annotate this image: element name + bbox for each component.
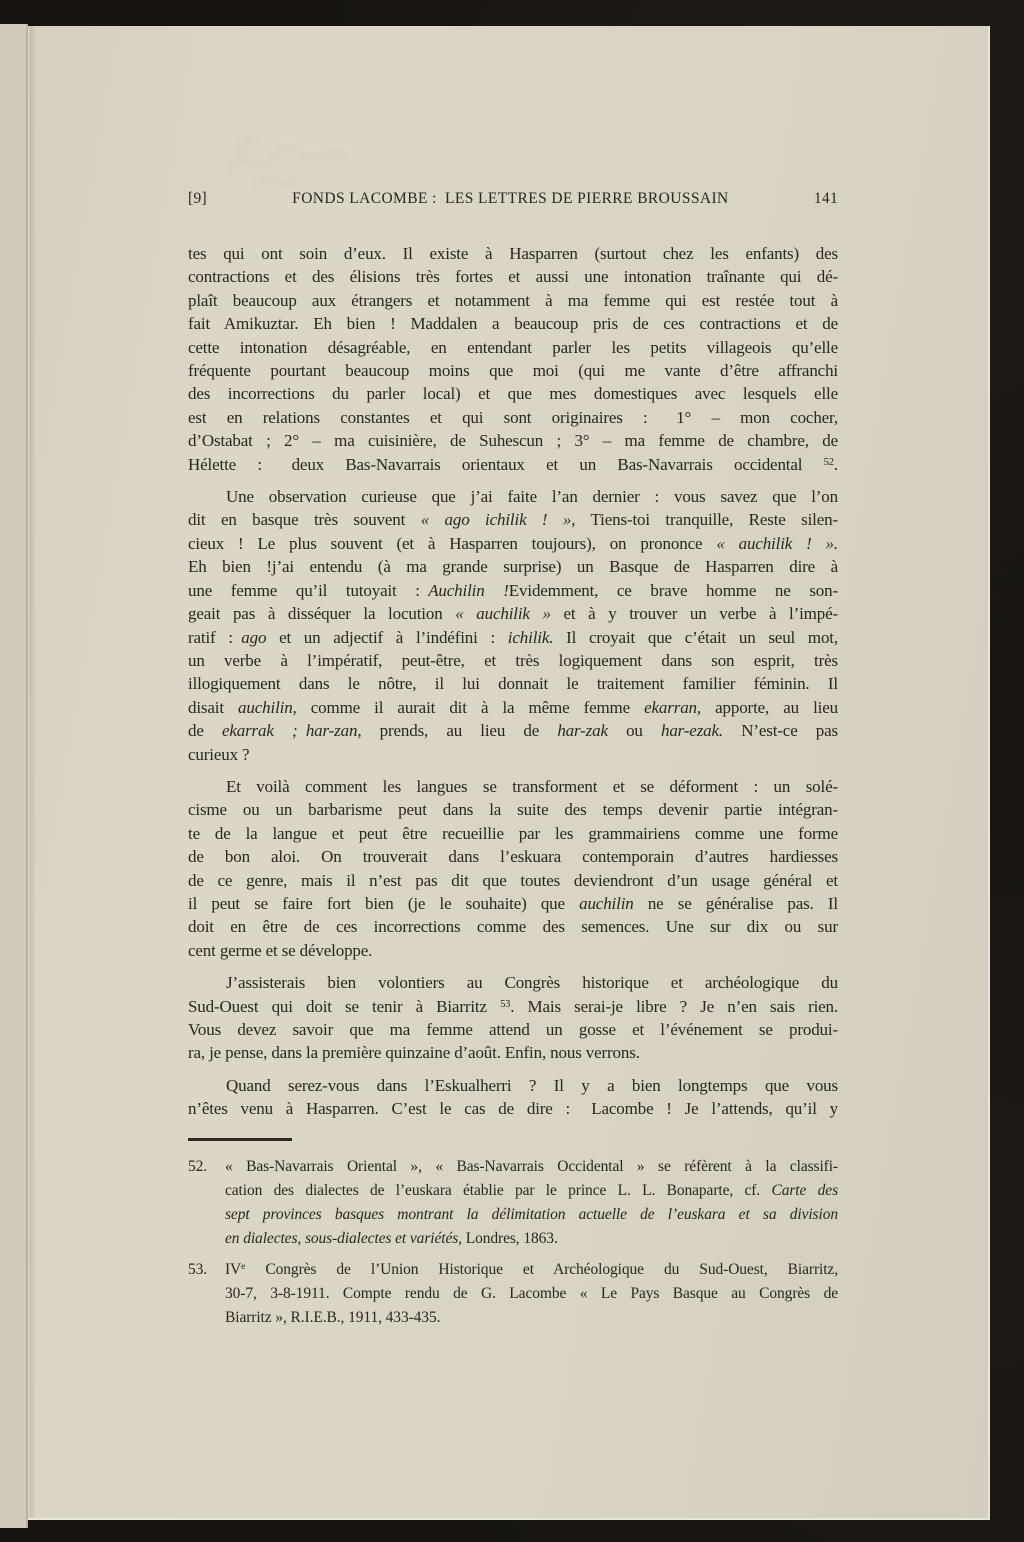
text-run: tes qui ont soin d’eux. Il existe à Hasp… <box>188 244 838 263</box>
text-line: des incorrections du parler local) et qu… <box>188 382 838 405</box>
text-run: ratif : <box>188 628 241 647</box>
underlying-page-edge <box>0 24 28 1528</box>
text-run: J’assisterais bien volontiers au Congrès… <box>226 973 838 992</box>
text-run: des incorrections du parler local) et qu… <box>188 384 838 403</box>
text-line: cieux ! Le plus souvent (et à Hasparren … <box>188 532 838 555</box>
text-run: fait Amikuztar. Eh bien ! Maddalen a bea… <box>188 314 838 333</box>
italic-run: sept provinces basques montrant la délim… <box>225 1206 838 1223</box>
running-header: [9] FONDS LACOMBE : LES LETTRES DE PIERR… <box>188 189 838 209</box>
text-run: Hélette : deux Bas-Navarrais orientaux e… <box>188 455 824 474</box>
text-line: cation des dialectes de l’euskara établi… <box>225 1179 838 1203</box>
paragraph: Quand serez-vous dans l’Eskualherri ? Il… <box>188 1074 838 1121</box>
paragraph: Et voilà comment les langues se transfor… <box>188 775 838 962</box>
text-line: doit en être de ces incorrections comme … <box>188 915 838 938</box>
italic-run: auchilin <box>579 894 634 913</box>
text-run: Congrès de l’Union Historique et Archéol… <box>245 1261 838 1278</box>
text-run: . Mais serai-je libre ? Je n’en sais rie… <box>510 997 838 1016</box>
text-run: apporte, au lieu <box>701 698 838 717</box>
text-line: de ce genre, mais il n’est pas dit que t… <box>188 869 838 892</box>
footnote-number: 53. <box>188 1258 207 1282</box>
page-content: [9] FONDS LACOMBE : LES LETTRES DE PIERR… <box>188 189 838 1330</box>
text-run: de ce genre, mais il n’est pas dit que t… <box>188 871 838 890</box>
text-line: contractions et des élisions très fortes… <box>188 265 838 288</box>
text-run: dit en basque très souvent <box>188 510 421 529</box>
text-line: ra, je pense, dans la première quinzaine… <box>188 1041 838 1064</box>
body-text: tes qui ont soin d’eux. Il existe à Hasp… <box>188 242 838 1121</box>
text-run: cette intonation désagréable, en entenda… <box>188 338 838 357</box>
text-run: et un adjectif à l’indéfini : <box>266 628 507 647</box>
text-line: disait auchilin, comme il aurait dit à l… <box>188 696 838 719</box>
text-line: de ekarrak ; har-zan, prends, au lieu de… <box>188 719 838 742</box>
text-run: Vous devez savoir que ma femme attend un… <box>188 1020 838 1039</box>
italic-run: ekarran, <box>644 698 701 717</box>
text-run: geait pas à disséquer la locution <box>188 604 455 623</box>
text-run: est en relations constantes et qui sont … <box>188 408 838 427</box>
superscript-ref: e <box>241 1261 245 1272</box>
text-run: Evidemment, ce brave homme ne son- <box>509 581 838 600</box>
text-line: est en relations constantes et qui sont … <box>188 406 838 429</box>
text-run: doit en être de ces incorrections comme … <box>188 917 838 936</box>
italic-run: « auchilik » <box>455 604 551 623</box>
text-line: Hélette : deux Bas-Navarrais orientaux e… <box>188 453 838 476</box>
text-line: en dialectes, sous-dialectes et variétés… <box>225 1227 838 1251</box>
text-line: plaît beaucoup aux étrangers et notammen… <box>188 289 838 312</box>
superscript-ref: 52 <box>824 457 834 468</box>
text-line: cent germe et se développe. <box>188 939 838 962</box>
text-line: fait Amikuztar. Eh bien ! Maddalen a bea… <box>188 312 838 335</box>
italic-run: ichilik. <box>508 628 554 647</box>
text-line: Et voilà comment les langues se transfor… <box>188 775 838 798</box>
text-line: une femme qu’il tutoyait : Auchilin !Evi… <box>188 579 838 602</box>
text-run: prends, au lieu de <box>361 721 557 740</box>
footnote-number: 52. <box>188 1155 207 1179</box>
text-run: Une observation curieuse que j’ai faite … <box>226 487 838 506</box>
text-run: 30-7, 3-8-1911. Compte rendu de G. Lacom… <box>225 1285 838 1302</box>
italic-run: « auchilik ! ». <box>716 534 838 553</box>
italic-run: ekarrak ; har-zan, <box>222 721 361 740</box>
footnote-separator <box>188 1138 292 1141</box>
paragraph: Une observation curieuse que j’ai faite … <box>188 485 838 766</box>
text-run: cisme ou un barbarisme peut dans la suit… <box>188 800 838 819</box>
text-run: et à y trouver un verbe à l’impé- <box>551 604 838 623</box>
text-run: ou <box>608 721 661 740</box>
text-line: te de la langue et peut être recueillie … <box>188 822 838 845</box>
italic-run: en dialectes, sous-dialectes et variétés… <box>225 1230 462 1247</box>
text-run: contractions et des élisions très fortes… <box>188 267 838 286</box>
italic-run: Carte des <box>771 1182 838 1199</box>
paragraph: J’assisterais bien volontiers au Congrès… <box>188 971 838 1065</box>
superscript-ref: 53 <box>500 999 510 1010</box>
text-line: ratif : ago et un adjectif à l’indéfini … <box>188 626 838 649</box>
text-run: plaît beaucoup aux étrangers et notammen… <box>188 291 838 310</box>
text-line: J’assisterais bien volontiers au Congrès… <box>188 971 838 994</box>
text-run: ra, je pense, dans la première quinzaine… <box>188 1043 640 1062</box>
text-run: ne se généralise pas. Il <box>634 894 838 913</box>
text-run: IV <box>225 1261 241 1278</box>
text-run: cation des dialectes de l’euskara établi… <box>225 1182 771 1199</box>
text-run: Il croyait que c’était un seul mot, <box>553 628 838 647</box>
text-line: Eh bien !j’ai entendu (à ma grande surpr… <box>188 555 838 578</box>
book-page: [9] FONDS LACOMBE : LES LETTRES DE PIERR… <box>28 26 990 1520</box>
text-run: une femme qu’il tutoyait : <box>188 581 428 600</box>
text-run: de <box>188 721 222 740</box>
text-line: Sud-Ouest qui doit se tenir à Biarritz 5… <box>188 995 838 1018</box>
footnote: 53.IVe Congrès de l’Union Historique et … <box>188 1258 838 1330</box>
text-run: un verbe à l’impératif, peut-être, et tr… <box>188 651 838 670</box>
paragraph: tes qui ont soin d’eux. Il existe à Hasp… <box>188 242 838 476</box>
text-line: Vous devez savoir que ma femme attend un… <box>188 1018 838 1041</box>
text-run: Tiens-toi tranquille, Reste silen- <box>575 510 838 529</box>
text-run: de bon aloi. On trouverait dans l’eskuar… <box>188 847 838 866</box>
text-line: sept provinces basques montrant la délim… <box>225 1203 838 1227</box>
text-run: cieux ! Le plus souvent (et à Hasparren … <box>188 534 716 553</box>
text-line: de bon aloi. On trouverait dans l’eskuar… <box>188 845 838 868</box>
text-run: Londres, 1863. <box>462 1230 558 1247</box>
text-run: « Bas-Navarrais Oriental », « Bas-Navarr… <box>225 1158 838 1175</box>
text-line: « Bas-Navarrais Oriental », « Bas-Navarr… <box>225 1155 838 1179</box>
text-line: tes qui ont soin d’eux. Il existe à Hasp… <box>188 242 838 265</box>
italic-run: auchilin, <box>238 698 297 717</box>
text-run: curieux ? <box>188 745 249 764</box>
text-run: Quand serez-vous dans l’Eskualherri ? Il… <box>226 1076 838 1095</box>
text-run: cent germe et se développe. <box>188 941 372 960</box>
text-run: il peut se faire fort bien (je le souhai… <box>188 894 579 913</box>
italic-run: har-zak <box>557 721 608 740</box>
text-line: IVe Congrès de l’Union Historique et Arc… <box>225 1258 838 1282</box>
footnote: 52.« Bas-Navarrais Oriental », « Bas-Nav… <box>188 1155 838 1251</box>
running-title: FONDS LACOMBE : LES LETTRES DE PIERRE BR… <box>292 189 728 209</box>
scanned-book-photo: [9] FONDS LACOMBE : LES LETTRES DE PIERR… <box>0 0 1024 1542</box>
footnotes: 52.« Bas-Navarrais Oriental », « Bas-Nav… <box>188 1155 838 1330</box>
text-run: . <box>834 455 838 474</box>
text-run: illogiquement dans le nôtre, il lui donn… <box>188 674 838 693</box>
text-line: 30-7, 3-8-1911. Compte rendu de G. Lacom… <box>225 1282 838 1306</box>
text-line: illogiquement dans le nôtre, il lui donn… <box>188 672 838 695</box>
text-run: comme il aurait dit à la même femme <box>297 698 644 717</box>
text-line: Biarritz », R.I.E.B., 1911, 433-435. <box>225 1306 838 1330</box>
margin-reference: [9] <box>188 189 207 209</box>
text-line: geait pas à disséquer la locution « auch… <box>188 602 838 625</box>
text-run: Eh bien !j’ai entendu (à ma grande surpr… <box>188 557 838 576</box>
text-run: d’Ostabat ; 2° – ma cuisinière, de Suhes… <box>188 431 838 450</box>
text-line: dit en basque très souvent « ago ichilik… <box>188 508 838 531</box>
page-number: 141 <box>814 189 838 209</box>
text-line: fréquente pourtant beaucoup moins que mo… <box>188 359 838 382</box>
text-run: te de la langue et peut être recueillie … <box>188 824 838 843</box>
text-line: d’Ostabat ; 2° – ma cuisinière, de Suhes… <box>188 429 838 452</box>
italic-run: ago <box>241 628 266 647</box>
text-run: Sud-Ouest qui doit se tenir à Biarritz <box>188 997 500 1016</box>
text-line: Quand serez-vous dans l’Eskualherri ? Il… <box>188 1074 838 1097</box>
text-line: Une observation curieuse que j’ai faite … <box>188 485 838 508</box>
text-line: un verbe à l’impératif, peut-être, et tr… <box>188 649 838 672</box>
italic-run: « ago ichilik ! », <box>421 510 576 529</box>
text-line: il peut se faire fort bien (je le souhai… <box>188 892 838 915</box>
text-run: disait <box>188 698 238 717</box>
text-line: cisme ou un barbarisme peut dans la suit… <box>188 798 838 821</box>
text-line: cette intonation désagréable, en entenda… <box>188 336 838 359</box>
text-line: curieux ? <box>188 743 838 766</box>
text-run: Et voilà comment les langues se transfor… <box>226 777 838 796</box>
text-run: N’est-ce pas <box>723 721 838 740</box>
italic-run: Auchilin ! <box>428 581 509 600</box>
italic-run: har-ezak. <box>661 721 723 740</box>
text-line: n’êtes venu à Hasparren. C’est le cas de… <box>188 1097 838 1120</box>
text-run: n’êtes venu à Hasparren. C’est le cas de… <box>188 1099 838 1118</box>
text-run: fréquente pourtant beaucoup moins que mo… <box>188 361 838 380</box>
text-run: Biarritz », R.I.E.B., 1911, 433-435. <box>225 1309 440 1326</box>
